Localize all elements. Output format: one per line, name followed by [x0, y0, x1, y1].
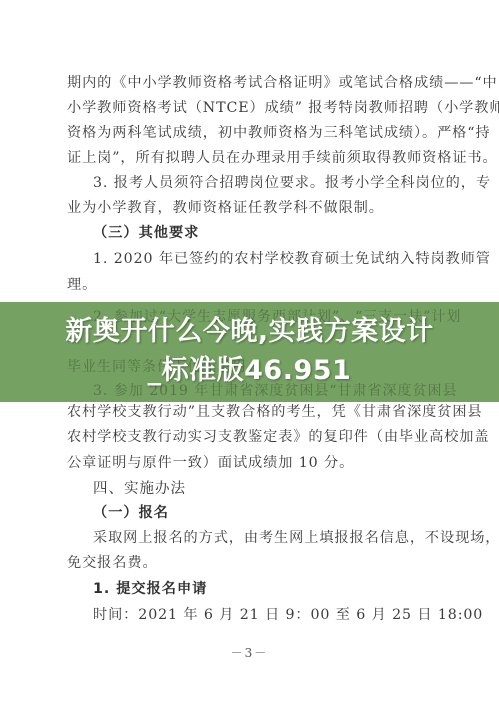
- paragraph-line: 小学教师资格考试（NTCE）成绩” 报考特岗教师招聘（小学教师: [67, 99, 436, 117]
- paragraph-line: 农村学校支教行动实习支教鉴定表》的复印件（由毕业高校加盖: [67, 428, 436, 446]
- section-heading-submit-application: 1. 提交报名申请: [93, 580, 462, 598]
- page-number: －3－: [0, 644, 499, 661]
- banner-title-line-2: _标准版46.951: [0, 351, 499, 390]
- paragraph-line: 1. 2020 年已签约的农村学校教育硕士免试纳入特岗教师管: [93, 250, 436, 268]
- paragraph-line: 农村学校支教行动”且支教合格的考生，凭《甘肃省深度贫困县: [67, 403, 436, 421]
- paragraph-line: 资格为两科笔试成绩，初中教师资格为三科笔试成绩）。严格“持: [67, 124, 436, 142]
- section-heading-other-requirements: （三）其他要求: [93, 224, 462, 242]
- paragraph-line: 3. 报考人员须符合招聘岗位要求。报考小学全科岗位的，专: [93, 174, 436, 192]
- paragraph-line: 证上岗”，所有拟聘人员在办理录用手续前须取得教师资格证书。: [67, 149, 436, 167]
- paragraph-line: 采取网上报名的方式，由考生网上填报报名信息，不设现场，: [93, 529, 436, 547]
- section-heading-implementation: 四、实施办法: [93, 480, 462, 498]
- paragraph-line: 期内的《中小学教师资格考试合格证明》或笔试合格成绩——“中: [67, 74, 436, 92]
- banner-title: 新奥开什么今晚,实践方案设计 _标准版46.951: [0, 312, 499, 390]
- paragraph-line: 业为小学教育，教师资格证任教学科不做限制。: [67, 199, 436, 217]
- paragraph-line: 理。: [67, 276, 436, 294]
- registration-time: 时间：2021 年 6 月 21 日 9：00 至 6 月 25 日 18:00: [93, 606, 436, 624]
- paragraph-line: 免交报名费。: [67, 554, 436, 572]
- paragraph-line: 公章证明与原件一致）面试成绩加 10 分。: [67, 454, 436, 472]
- section-heading-registration: （一）报名: [93, 504, 462, 522]
- banner-title-line-1: 新奥开什么今晚,实践方案设计: [0, 312, 499, 351]
